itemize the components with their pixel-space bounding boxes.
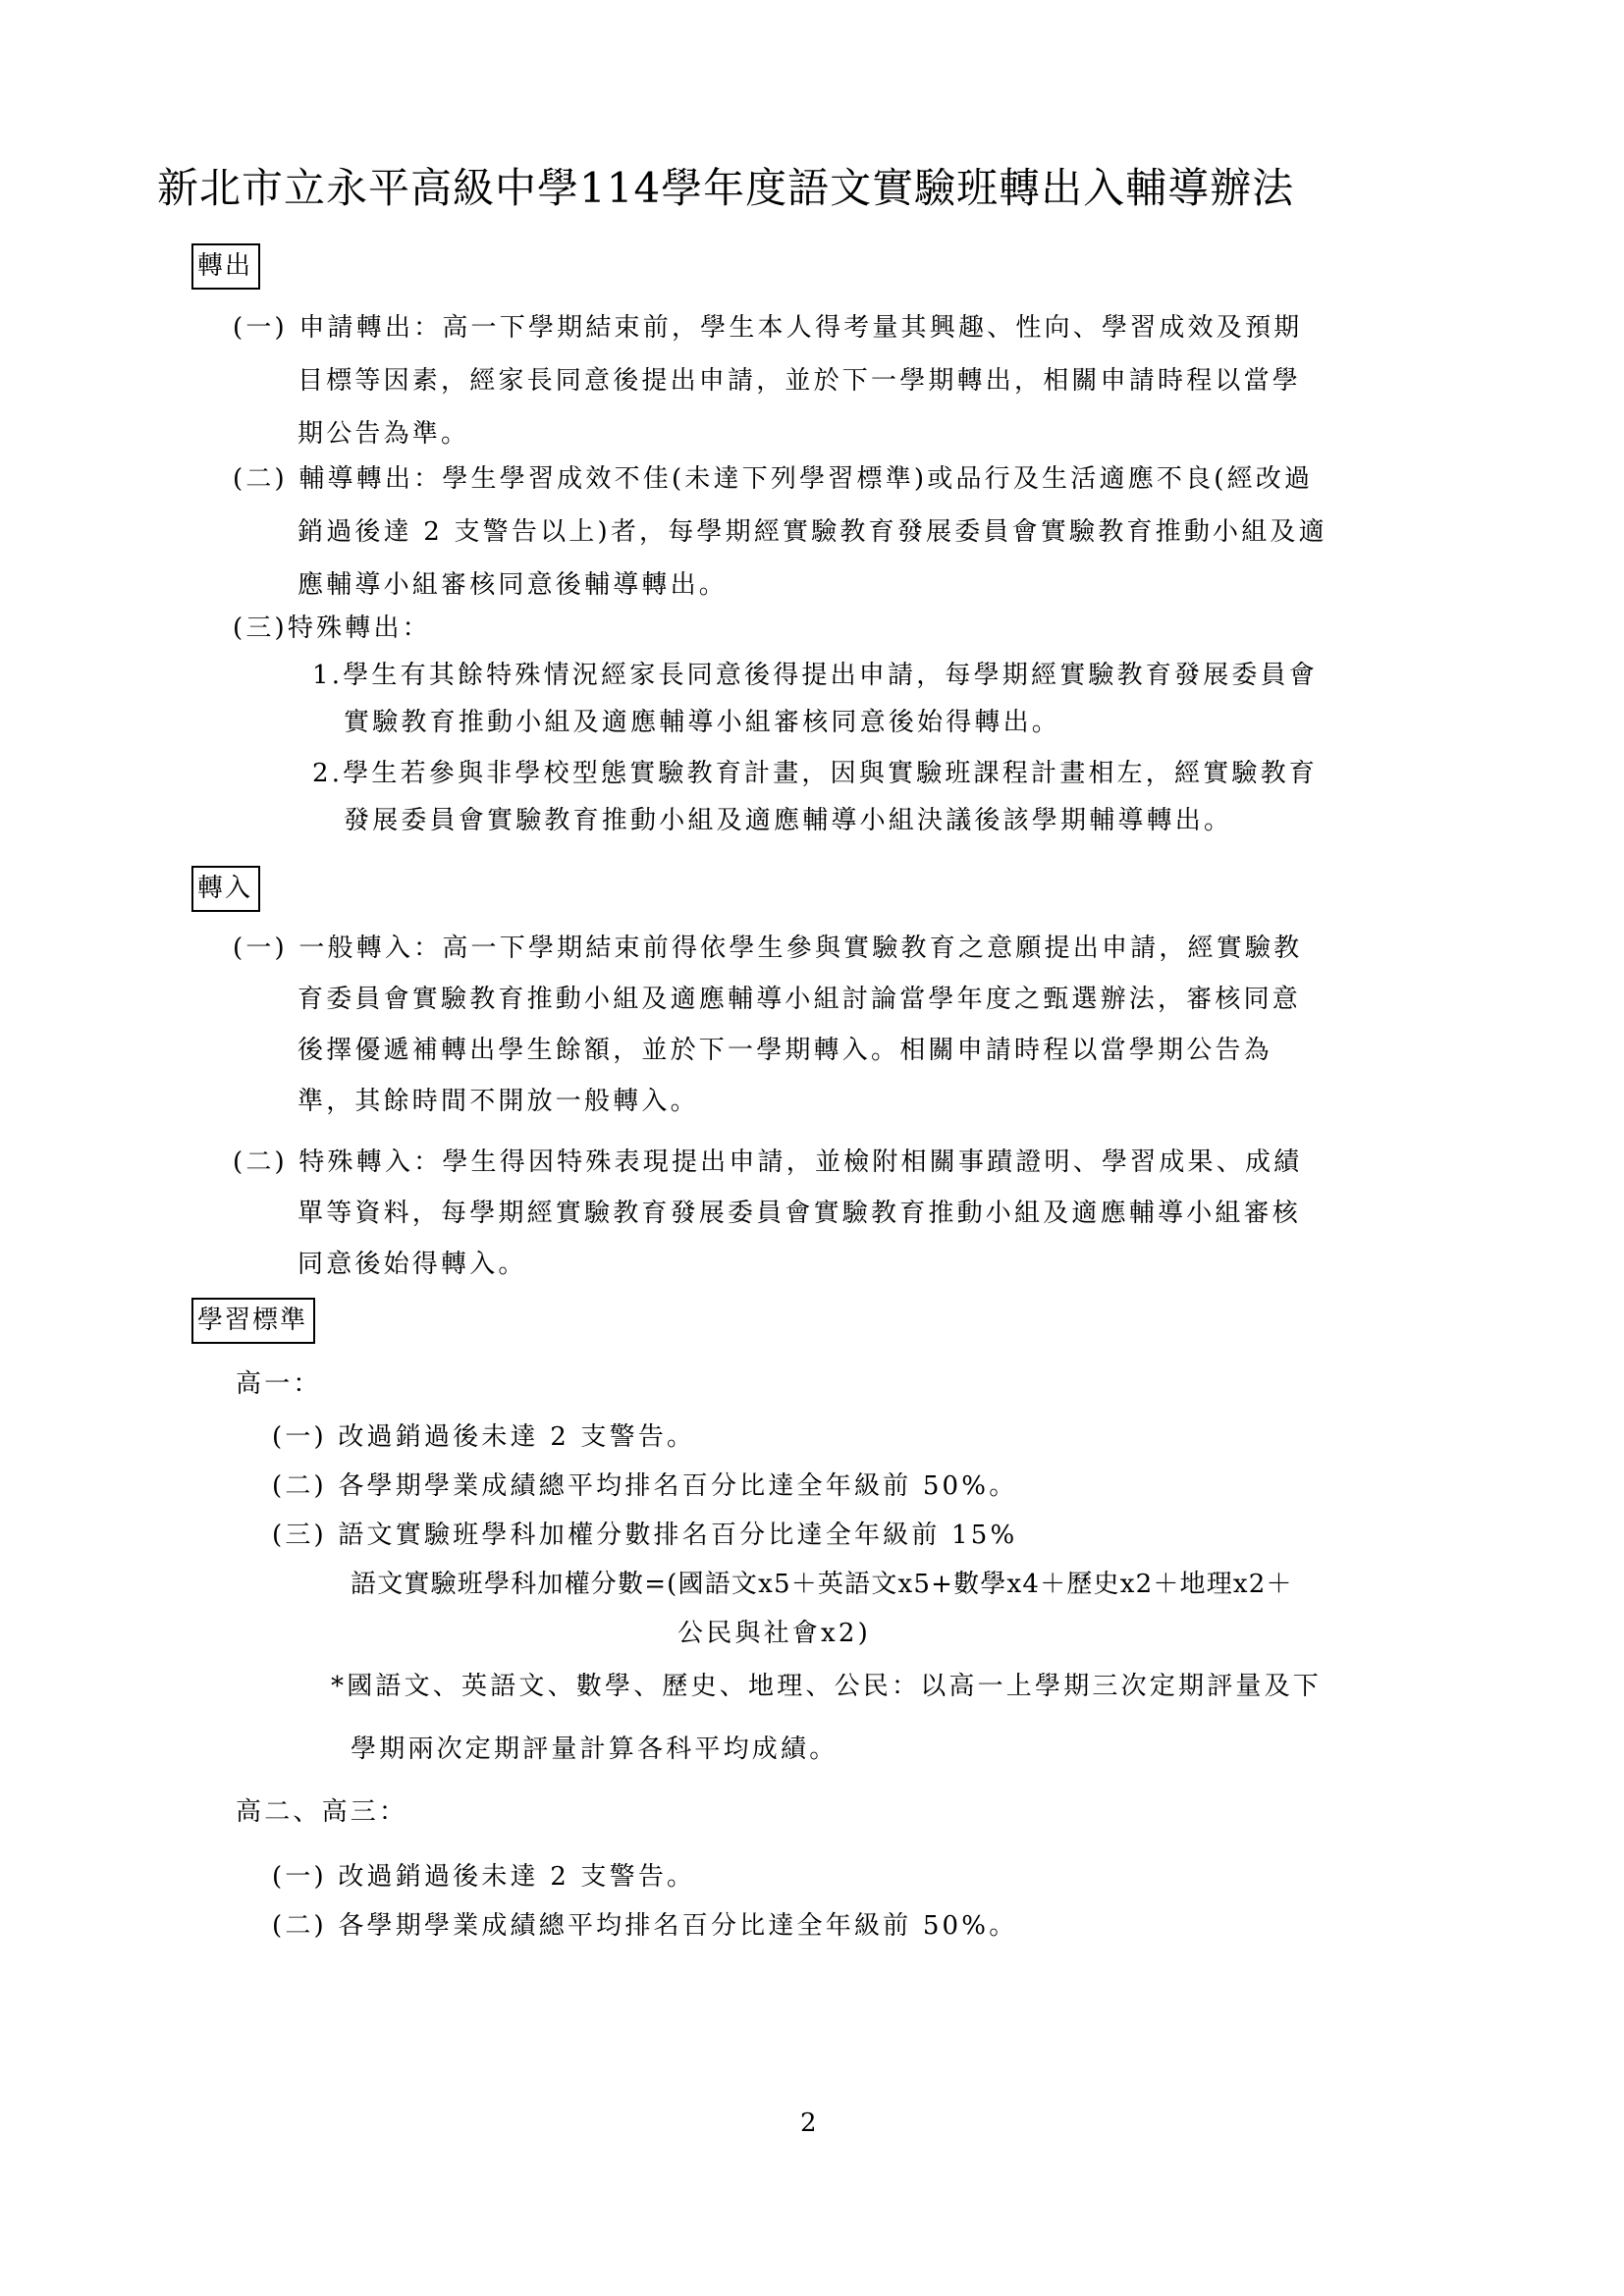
transfer-in-item-1-line-3: 後擇優遞補轉出學生餘額，並於下一學期轉入。相關申請時程以當學期公告為 [298,1033,1272,1068]
transfer-in-item-2-line-2: 單等資料，每學期經實驗教育發展委員會實驗教育推動小組及適應輔導小組審核 [298,1196,1301,1231]
grade10-item-1: (一) 改過銷過後未達 2 支警告。 [272,1419,695,1455]
transfer-out-sub-2-line-2: 發展委員會實驗教育推動小組及適應輔導小組決議後該學期輔導轉出。 [344,803,1232,838]
weighted-score-formula-line-1: 語文實驗班學科加權分數=(國語文x5＋英語文x5+數學x4＋歷史x2＋地理x2＋ [351,1567,1293,1602]
transfer-in-item-1-line-4: 準，其餘時間不開放一般轉入。 [298,1084,699,1119]
document-title: 新北市立永平高級中學114學年度語文實驗班轉出入輔導辦法 [157,159,1473,218]
grade10-item-3: (三) 語文實驗班學科加權分數排名百分比達全年級前 15% [272,1518,1017,1553]
transfer-in-item-2-line-3: 同意後始得轉入。 [298,1247,527,1282]
grade10-heading: 高一： [236,1366,322,1402]
transfer-out-sub-1-line-2: 實驗教育推動小組及適應輔導小組審核同意後始得轉出。 [344,705,1060,740]
grade10-note-line-1: *國語文、英語文、數學、歷史、地理、公民：以高一上學期三次定期評量及下 [331,1669,1322,1704]
transfer-out-sub-1-line-1: 1.學生有其餘特殊情況經家長同意後得提出申請，每學期經實驗教育發展委員會 [312,658,1318,693]
section-tag-transfer-out: 轉出 [191,243,260,290]
section-tag-transfer-in: 轉入 [191,866,260,912]
transfer-in-item-2-line-1: (二) 特殊轉入：學生得因特殊表現提出申請，並檢附相關事蹟證明、學習成果、成績 [233,1145,1302,1180]
transfer-out-item-1-line-2: 目標等因素，經家長同意後提出申請，並於下一學期轉出，相關申請時程以當學 [298,363,1301,399]
grade11-12-item-2: (二) 各學期學業成績總平均排名百分比達全年級前 50%。 [272,1908,1017,1944]
transfer-out-item-3-heading: (三)特殊轉出： [233,611,431,646]
transfer-in-item-1-line-1: (一) 一般轉入：高一下學期結束前得依學生參與實驗教育之意願提出申請，經實驗教 [233,931,1302,966]
section-tag-learning-standards: 學習標準 [191,1298,315,1344]
transfer-out-sub-2-line-1: 2.學生若參與非學校型態實驗教育計畫，因與實驗班課程計畫相左，經實驗教育 [312,756,1318,791]
weighted-score-formula-line-2: 公民與社會x2) [677,1616,871,1651]
grade11-12-item-1: (一) 改過銷過後未達 2 支警告。 [272,1859,695,1895]
grade11-12-heading: 高二、高三： [236,1794,407,1830]
document-page: 新北市立永平高級中學114學年度語文實驗班轉出入輔導辦法 轉出 (一) 申請轉出… [0,0,1624,2296]
transfer-out-item-1-line-1: (一) 申請轉出：高一下學期結束前，學生本人得考量其興趣、性向、學習成效及預期 [233,310,1302,346]
page-number: 2 [800,2106,817,2141]
transfer-in-item-1-line-2: 育委員會實驗教育推動小組及適應輔導小組討論當學年度之甄選辦法，審核同意 [298,982,1301,1017]
grade10-note-line-2: 學期兩次定期評量計算各科平均成績。 [351,1732,838,1767]
transfer-out-item-2-line-3: 應輔導小組審核同意後輔導轉出。 [298,567,728,603]
transfer-out-item-1-line-3: 期公告為準。 [298,416,469,452]
transfer-out-item-2-line-1: (二) 輔導轉出：學生學習成效不佳(未達下列學習標準)或品行及生活適應不良(經改… [233,461,1313,497]
transfer-out-item-2-line-2: 銷過後達 2 支警告以上)者，每學期經實驗教育發展委員會實驗教育推動小組及適 [298,514,1327,550]
grade10-item-2: (二) 各學期學業成績總平均排名百分比達全年級前 50%。 [272,1468,1017,1504]
